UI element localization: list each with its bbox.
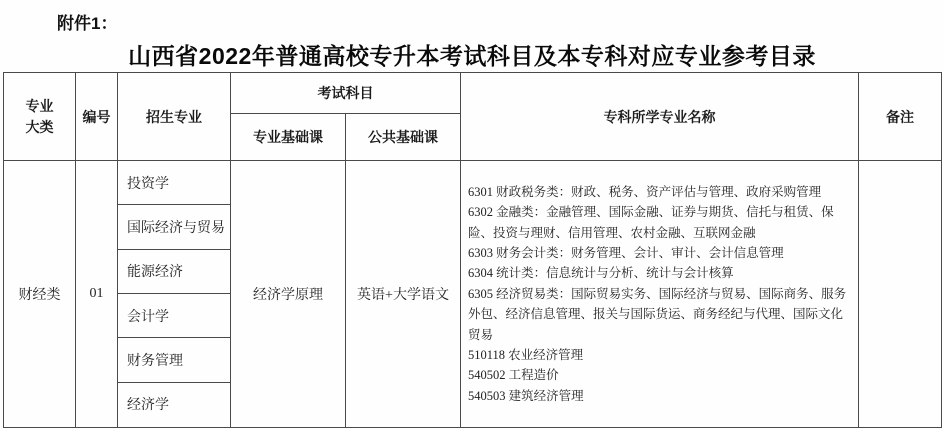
header-remarks: 备注: [859, 73, 942, 161]
cell-major-category: 财经类: [4, 161, 76, 428]
enrollment-major-item: 国际经济与贸易: [118, 205, 230, 249]
college-major-entry: 6304 统计类：信息统计与分析、统计与会计核算: [468, 263, 855, 283]
enrollment-major-item: 会计学: [118, 294, 230, 338]
header-major-category: 专业大类: [4, 73, 76, 161]
cell-remarks: [859, 161, 942, 428]
enrollment-major-item: 财务管理: [118, 338, 230, 382]
cell-public-basic-course: 英语+大学语文: [346, 161, 461, 428]
cell-number: 01: [76, 161, 118, 428]
header-enrollment-major: 招生专业: [118, 73, 231, 161]
enrollment-majors-list: 投资学 国际经济与贸易 能源经济 会计学 财务管理 经济学: [118, 161, 230, 426]
cell-professional-basic-course: 经济学原理: [231, 161, 346, 428]
cell-enrollment-majors: 投资学 国际经济与贸易 能源经济 会计学 财务管理 经济学: [118, 161, 231, 428]
header-number: 编号: [76, 73, 118, 161]
header-major-category-label: 专业大类: [24, 96, 56, 137]
document-page: 附件1： 山西省2022年普通高校专升本考试科目及本专科对应专业参考目录 专业大…: [0, 0, 944, 430]
attachment-label: 附件1：: [57, 9, 117, 34]
header-professional-basic-course: 专业基础课: [231, 114, 346, 161]
college-major-entry: 6302 金融类：金融管理、国际金融、证券与期货、信托与租赁、保险、投资与理财、…: [468, 202, 855, 243]
college-major-entry: 510118 农业经济管理: [468, 345, 855, 365]
header-public-basic-course: 公共基础课: [346, 114, 461, 161]
enrollment-major-item: 经济学: [118, 383, 230, 426]
enrollment-major-item: 能源经济: [118, 250, 230, 294]
college-major-entry: 540503 建筑经济管理: [468, 386, 855, 406]
header-college-major-names: 专科所学专业名称: [461, 73, 859, 161]
table-row: 财经类 01 投资学 国际经济与贸易 能源经济 会计学 财务管理 经济学 经济学…: [4, 161, 942, 428]
college-major-entry: 6305 经济贸易类：国际贸易实务、国际经济与贸易、国际商务、服务外包、经济信息…: [468, 284, 855, 345]
header-exam-subjects: 考试科目: [231, 73, 461, 114]
cell-college-major-names: 6301 财政税务类：财政、税务、资产评估与管理、政府采购管理 6302 金融类…: [461, 161, 859, 428]
college-major-entry: 6303 财务会计类：财务管理、会计、审计、会计信息管理: [468, 243, 855, 263]
exam-catalog-table: 专业大类 编号 招生专业 考试科目 专科所学专业名称 备注 专业基础课 公共基础…: [3, 72, 942, 428]
college-major-entry: 540502 工程造价: [468, 365, 855, 385]
enrollment-major-item: 投资学: [118, 161, 230, 205]
college-major-entry: 6301 财政税务类：财政、税务、资产评估与管理、政府采购管理: [468, 182, 855, 202]
page-title: 山西省2022年普通高校专升本考试科目及本专科对应专业参考目录: [0, 38, 944, 71]
